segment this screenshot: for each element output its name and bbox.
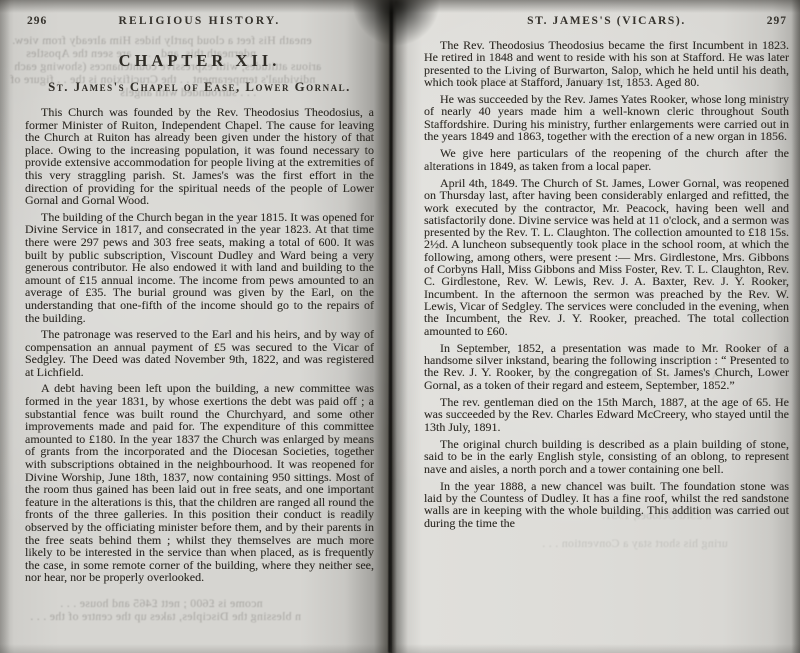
- paragraph: The Rev. Theodosius Theodosius became th…: [424, 39, 789, 88]
- chapter-subtitle: St. James's Chapel of Ease, Lower Gornal…: [25, 80, 374, 95]
- paragraph: We give here particulars of the reopenin…: [424, 147, 789, 172]
- paragraph: April 4th, 1849. The Church of St. James…: [424, 177, 789, 337]
- bleedthrough-text: uring his short stay a Convention . . .: [542, 536, 728, 551]
- paragraph: In the year 1888, a new chancel was buil…: [424, 480, 789, 529]
- left-page-body: This Church was founded by the Rev. Theo…: [25, 106, 374, 584]
- right-page-number: 297: [767, 15, 787, 27]
- paragraph: The building of the Church began in the …: [25, 211, 374, 324]
- right-page-body: The Rev. Theodosius Theodosius became th…: [424, 39, 789, 529]
- paragraph: He was succeeded by the Rev. James Yates…: [424, 93, 789, 142]
- paragraph: In September, 1852, a presentation was m…: [424, 342, 789, 391]
- right-page-header: ST. JAMES'S (VICARS). 297: [424, 15, 789, 28]
- left-running-header: RELIGIOUS HISTORY.: [25, 15, 374, 27]
- right-page: ST. JAMES'S (VICARS). 297 The Rev. Theod…: [392, 0, 800, 653]
- right-page-content: ST. JAMES'S (VICARS). 297 The Rev. Theod…: [424, 15, 789, 534]
- left-page-content: 296 RELIGIOUS HISTORY. CHAPTER XII. St. …: [25, 15, 374, 588]
- chapter-heading: CHAPTER XII.: [25, 51, 374, 71]
- left-page: 296 RELIGIOUS HISTORY. CHAPTER XII. St. …: [0, 0, 392, 653]
- paragraph: This Church was founded by the Rev. Theo…: [25, 106, 374, 207]
- left-page-number: 296: [27, 15, 47, 27]
- bleedthrough-text: n blessing the Disciples, takes up the c…: [30, 609, 301, 624]
- left-page-header: 296 RELIGIOUS HISTORY.: [25, 15, 374, 28]
- paragraph: A debt having been left upon the buildin…: [25, 382, 374, 584]
- paragraph: The original church building is describe…: [424, 438, 789, 475]
- right-running-header: ST. JAMES'S (VICARS).: [424, 15, 789, 27]
- paragraph: The rev. gentleman died on the 15th Marc…: [424, 396, 789, 433]
- paragraph: The patronage was reserved to the Earl a…: [25, 328, 374, 378]
- book-scan: 296 RELIGIOUS HISTORY. CHAPTER XII. St. …: [0, 0, 800, 653]
